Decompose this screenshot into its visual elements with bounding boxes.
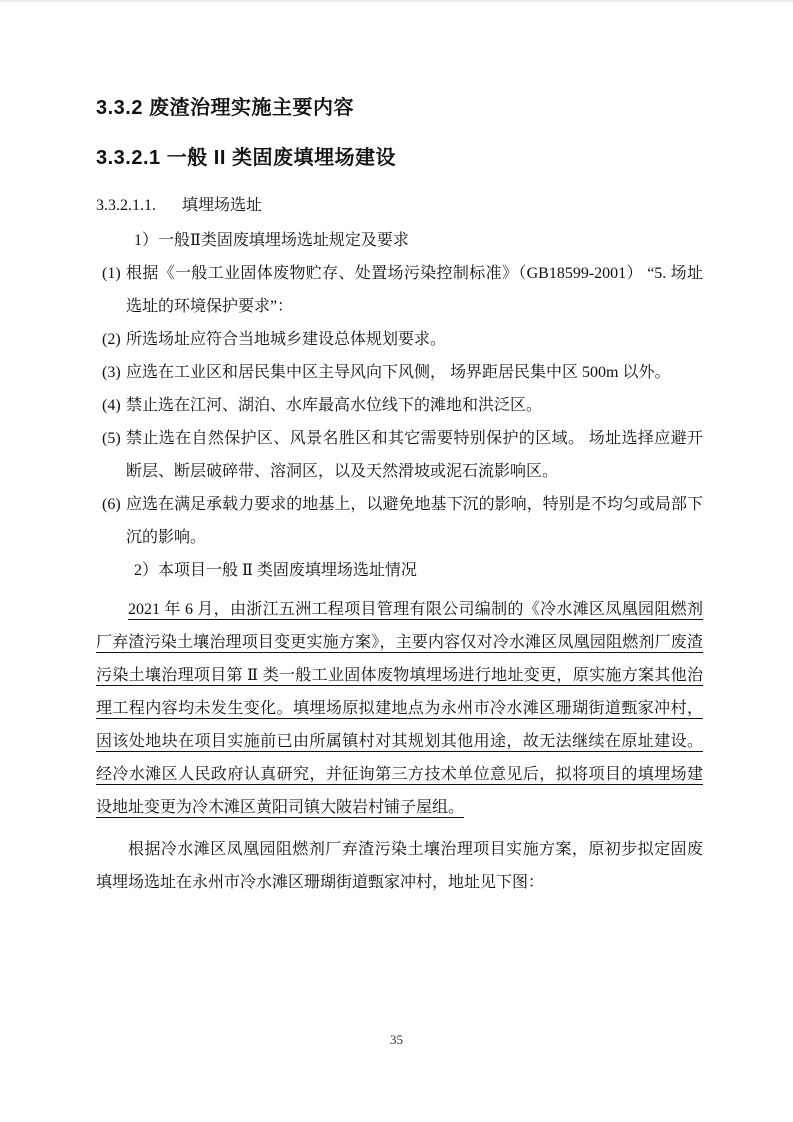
list-item-text: 禁止选在江河、湖泊、水库最高水位线下的滩地和洪泛区。 bbox=[126, 389, 703, 422]
list-item-text: 应选在工业区和居民集中区主导风向下风侧， 场界距居民集中区 500m 以外。 bbox=[126, 356, 703, 389]
page-number: 35 bbox=[0, 1032, 793, 1048]
sub-heading-requirements: 1）一般Ⅱ类固废填埋场选址规定及要求 bbox=[96, 224, 703, 257]
section-heading-3-title: 填埋场选址 bbox=[182, 197, 262, 214]
list-item-number: (5) bbox=[96, 422, 126, 488]
section-heading-3-number: 3.3.2.1.1. bbox=[96, 197, 156, 214]
section-heading-2: 3.3.2.1 一般 II 类固废填埋场建设 bbox=[96, 144, 703, 172]
list-item: (3) 应选在工业区和居民集中区主导风向下风侧， 场界距居民集中区 500m 以… bbox=[96, 356, 703, 389]
list-item-number: (6) bbox=[96, 488, 126, 554]
sub-heading-site-selection: 2）本项目一般 Ⅱ 类固废填埋场选址情况 bbox=[96, 554, 703, 587]
list-item-text: 所选场址应符合当地城乡建设总体规划要求。 bbox=[126, 323, 703, 356]
document-page: 3.3.2 废渣治理实施主要内容 3.3.2.1 一般 II 类固废填埋场建设 … bbox=[0, 0, 793, 1122]
list-item-number: (1) bbox=[96, 257, 126, 323]
list-item-text: 根据《一般工业固体废物贮存、处置场污染控制标准》（GB18599-2001） “… bbox=[126, 257, 703, 323]
section-heading-1: 3.3.2 废渣治理实施主要内容 bbox=[96, 94, 703, 122]
list-item-text: 应选在满足承载力要求的地基上，以避免地基下沉的影响，特别是不均匀或局部下沉的影响… bbox=[126, 488, 703, 554]
list-item: (5) 禁止选在自然保护区、风景名胜区和其它需要特别保护的区域。 场址选择应避开… bbox=[96, 422, 703, 488]
paragraph-original-site: 根据冷水滩区凤凰园阻燃剂厂弃渣污染土壤治理项目实施方案，原初步拟定固废填埋场选址… bbox=[96, 833, 703, 899]
list-item-number: (4) bbox=[96, 389, 126, 422]
document-content: 3.3.2 废渣治理实施主要内容 3.3.2.1 一般 II 类固废填埋场建设 … bbox=[96, 94, 703, 899]
list-item: (6) 应选在满足承载力要求的地基上，以避免地基下沉的影响，特别是不均匀或局部下… bbox=[96, 488, 703, 554]
requirements-list: (1) 根据《一般工业固体废物贮存、处置场污染控制标准》（GB18599-200… bbox=[96, 257, 703, 554]
list-item: (2) 所选场址应符合当地城乡建设总体规划要求。 bbox=[96, 323, 703, 356]
list-item-number: (2) bbox=[96, 323, 126, 356]
list-item: (4) 禁止选在江河、湖泊、水库最高水位线下的滩地和洪泛区。 bbox=[96, 389, 703, 422]
list-item: (1) 根据《一般工业固体废物贮存、处置场污染控制标准》（GB18599-200… bbox=[96, 257, 703, 323]
section-heading-3: 3.3.2.1.1.填埋场选址 bbox=[96, 194, 703, 218]
list-item-number: (3) bbox=[96, 356, 126, 389]
paragraph-site-change-underlined: 2021 年 6 月，由浙江五洲工程项目管理有限公司编制的《冷水滩区凤凰园阻燃剂… bbox=[96, 593, 703, 824]
list-item-text: 禁止选在自然保护区、风景名胜区和其它需要特别保护的区域。 场址选择应避开断层、断… bbox=[126, 422, 703, 488]
